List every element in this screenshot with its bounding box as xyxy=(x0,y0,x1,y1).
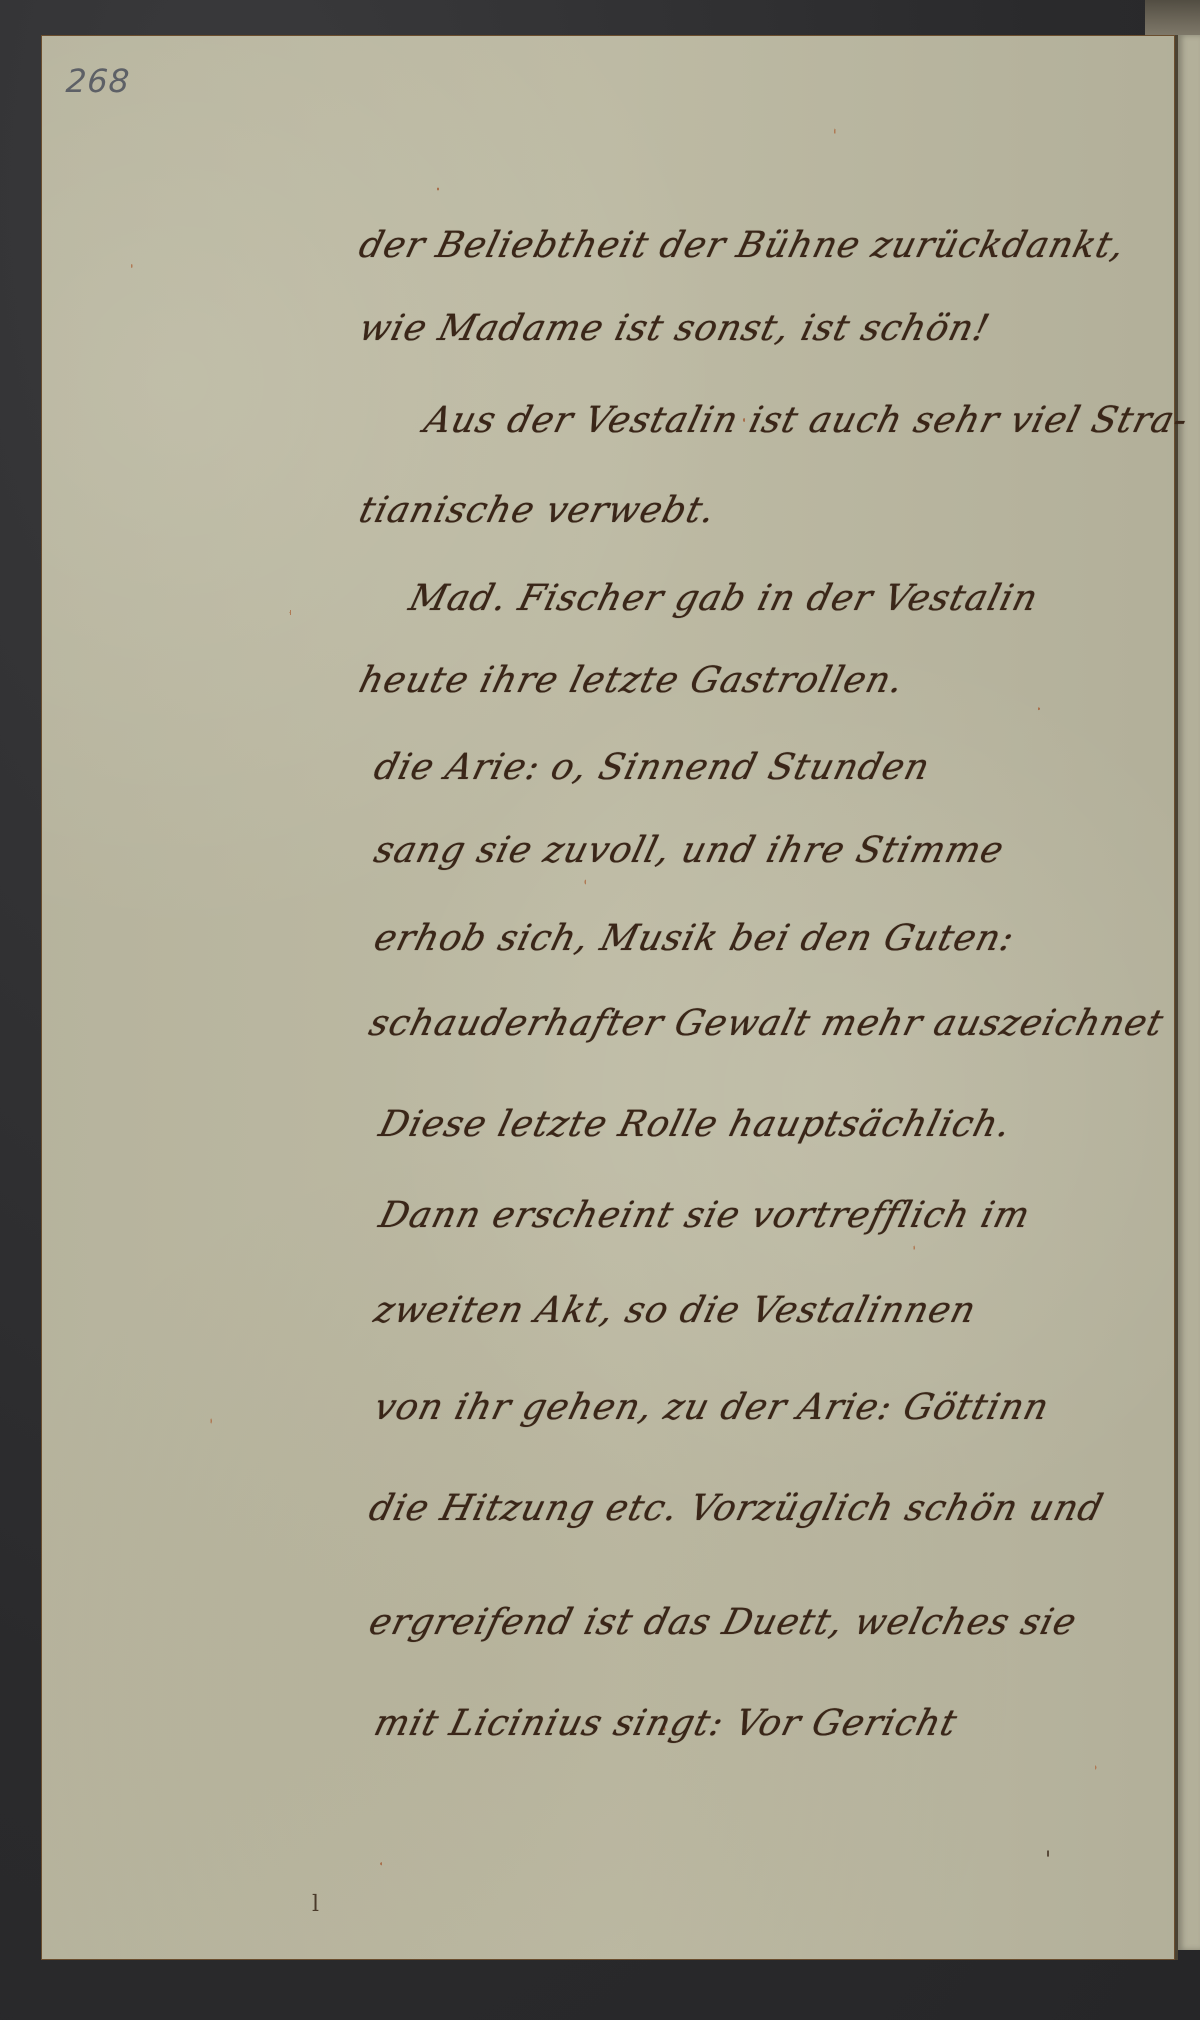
handwritten-line: mit Licinius singt: Vor Gericht xyxy=(370,1703,962,1744)
handwritten-line: heute ihre letzte Gastrollen. xyxy=(355,660,908,701)
handwritten-line: wie Madame ist sonst, ist schön! xyxy=(355,308,994,349)
handwritten-line: die Arie: o, Sinnend Stunden xyxy=(370,747,934,788)
handwritten-line: tianische verwebt. xyxy=(355,490,720,531)
handwritten-line: Dann erscheint sie vortrefflich im xyxy=(375,1195,1035,1236)
stray-mark: ' xyxy=(1045,1848,1051,1873)
handwritten-line: schauderhafter Gewalt mehr auszeichnet xyxy=(365,1003,1168,1044)
handwritten-line: der Beliebtheit der Bühne zurückdankt, xyxy=(355,225,1129,266)
handwritten-line: Aus der Vestalin ist auch sehr viel Stra… xyxy=(420,400,1192,441)
handwritten-line: von ihr gehen, zu der Arie: Göttinn xyxy=(370,1387,1054,1428)
handwritten-line: sang sie zuvoll, und ihre Stimme xyxy=(370,830,1008,871)
handwritten-line: Mad. Fischer gab in der Vestalin xyxy=(405,578,1043,619)
handwritten-line: zweiten Akt, so die Vestalinnen xyxy=(370,1290,981,1331)
stray-mark: l xyxy=(312,1892,319,1917)
handwritten-line: ergreifend ist das Duett, welches sie xyxy=(365,1602,1081,1643)
handwritten-text-block: der Beliebtheit der Bühne zurückdankt,wi… xyxy=(0,0,1200,2020)
handwritten-line: die Hitzung etc. Vorzüglich schön und xyxy=(365,1488,1108,1529)
handwritten-line: erhob sich, Musik bei den Guten: xyxy=(370,918,1019,959)
handwritten-line: Diese letzte Rolle hauptsächlich. xyxy=(375,1104,1016,1145)
